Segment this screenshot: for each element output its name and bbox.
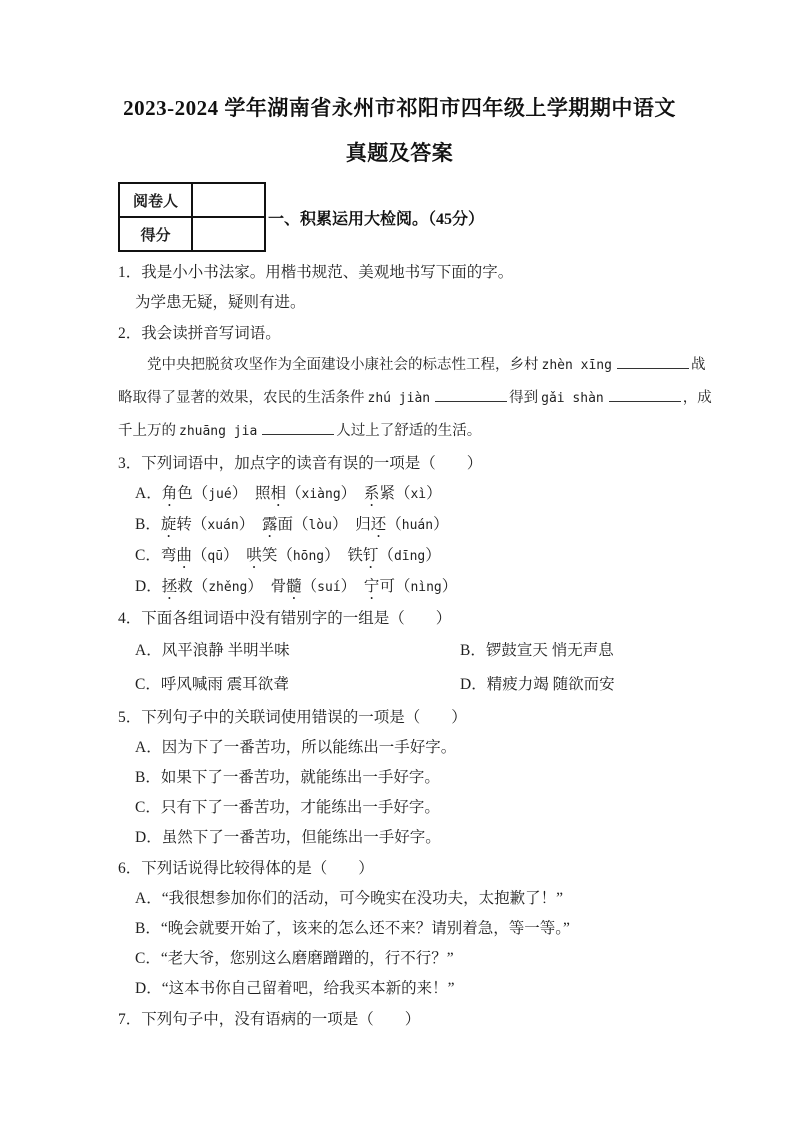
question-2-line-2: 略取得了显著的效果，农民的生活条件zhú jiàn得到gǎi shàn，成 <box>118 382 681 415</box>
emphasized-char: 相 <box>270 485 286 502</box>
question-2: 2．我会读拼音写词语。 党中央把脱贫攻坚作为全面建设小康社会的标志性工程，乡村z… <box>118 319 681 448</box>
score-table-value-grader <box>192 183 265 217</box>
text-segment: D． <box>135 578 162 595</box>
emphasized-char: 角 <box>162 485 178 502</box>
emphasized-char: 系 <box>364 485 380 502</box>
score-table-label-score: 得分 <box>119 217 192 251</box>
question-1-stem: 1．我是小小书法家。用楷书规范、美观地书写下面的字。 <box>118 258 681 288</box>
pinyin-text: qū <box>207 549 223 564</box>
text-segment: ） <box>425 547 441 564</box>
text-segment: （ <box>302 578 318 595</box>
question-4-option-b: B．锣鼓宣天 悄无声息 <box>460 634 681 668</box>
question-4-options: A．风平浪静 半明半味 B．锣鼓宣天 悄无声息 C．呼风喊雨 震耳欲聋 D．精疲… <box>118 634 681 702</box>
score-table-row-score: 得分 <box>119 217 265 251</box>
text-segment: （ <box>386 516 402 533</box>
pinyin-text: dīng <box>394 549 425 564</box>
question-4: 4．下面各组词语中没有错别字的一组是（ ） A．风平浪静 半明半味 B．锣鼓宣天… <box>118 604 681 702</box>
question-6-option-a: A．“我很想参加你们的活动，可今晚实在没功夫，太抱歉了！” <box>118 884 681 914</box>
emphasized-char: 露 <box>262 516 278 533</box>
question-7-stem: 7．下列句子中，没有语病的一项是（ ） <box>118 1005 681 1035</box>
question-3-option-c: C．弯曲（qū） 哄笑（hōng） 铁钉（dīng） <box>118 541 681 572</box>
section-heading: 一、积累运用大检阅。（45分） <box>268 206 484 229</box>
text-segment: 千上万的 <box>118 423 176 439</box>
fill-in-blank-line <box>609 388 681 402</box>
text-segment: ） <box>341 578 364 595</box>
question-4-option-d: D．精疲力竭 随欲而安 <box>460 668 681 702</box>
exam-paper-page: 2023-2024 学年湖南省永州市祁阳市四年级上学期期中语文 真题及答案 阅卷… <box>0 0 793 1122</box>
pinyin-text: nìng <box>410 580 441 595</box>
text-segment: 面（ <box>277 516 308 533</box>
question-2-line-3: 千上万的zhuāng jia人过上了舒适的生活。 <box>118 415 681 448</box>
text-segment: ） 骨 <box>247 578 286 595</box>
score-table-label-grader: 阅卷人 <box>119 183 192 217</box>
emphasized-char: 拯 <box>162 578 178 595</box>
question-4-option-c: C．呼风喊雨 震耳欲聋 <box>135 668 460 702</box>
pinyin-text: huán <box>402 518 433 533</box>
question-4-option-a: A．风平浪静 半明半味 <box>135 634 460 668</box>
pinyin-text: zhèn xīng <box>542 358 612 373</box>
pinyin-text: suí <box>317 580 340 595</box>
pinyin-text: xuán <box>207 518 238 533</box>
text-segment: ） <box>341 485 364 502</box>
question-1: 1．我是小小书法家。用楷书规范、美观地书写下面的字。 为学患无疑，疑则有进。 <box>118 258 681 318</box>
text-segment: 紧（ <box>379 485 410 502</box>
text-segment: 战 <box>691 357 706 373</box>
text-segment: ） 铁 <box>324 547 363 564</box>
text-segment: 笑（ <box>262 547 293 564</box>
text-segment: 党中央把脱贫攻坚作为全面建设小康社会的标志性工程，乡村 <box>147 357 539 373</box>
question-3-option-d: D．拯救（zhěng） 骨髓（suí） 宁可（nìng） <box>118 572 681 603</box>
title-line-1: 2023-2024 学年湖南省永州市祁阳市四年级上学期期中语文 <box>118 86 681 131</box>
text-segment: ） <box>426 485 442 502</box>
question-5-option-b: B．如果下了一番苦功，就能练出一手好字。 <box>118 763 681 793</box>
question-6: 6．下列话说得比较得体的是（ ） A．“我很想参加你们的活动，可今晚实在没功夫，… <box>118 854 681 1004</box>
fill-in-blank-line <box>262 421 334 435</box>
question-5-option-a: A．因为下了一番苦功，所以能练出一手好字。 <box>118 733 681 763</box>
question-1-copy-text: 为学患无疑，疑则有进。 <box>118 288 681 318</box>
text-segment: 略取得了显著的效果，农民的生活条件 <box>118 390 365 406</box>
pinyin-text: xì <box>410 487 426 502</box>
pinyin-text: xiàng <box>302 487 341 502</box>
text-segment: 转（ <box>176 516 207 533</box>
fill-in-blank-line <box>435 388 507 402</box>
text-segment: （ <box>192 547 208 564</box>
emphasized-char: 曲 <box>176 547 192 564</box>
text-segment: ） <box>239 516 262 533</box>
question-6-option-b: B．“晚会就要开始了，该来的怎么还不来？请别着急，等一等。” <box>118 914 681 944</box>
text-segment: ） <box>442 578 458 595</box>
question-3-stem: 3．下列词语中，加点字的读音有误的一项是（ ） <box>118 449 681 479</box>
emphasized-char: 髓 <box>286 578 302 595</box>
fill-in-blank-line <box>617 355 689 369</box>
question-2-line-1: 党中央把脱贫攻坚作为全面建设小康社会的标志性工程，乡村zhèn xīng战 <box>118 349 681 382</box>
title-line-2: 真题及答案 <box>118 131 681 176</box>
pinyin-text: lòu <box>308 518 331 533</box>
question-3-option-b: B．旋转（xuán） 露面（lòu） 归还（huán） <box>118 510 681 541</box>
text-segment: 色（ <box>177 485 208 502</box>
text-segment: （ <box>286 485 302 502</box>
text-segment: B． <box>135 516 161 533</box>
text-segment: ） <box>223 547 246 564</box>
score-table-value-score <box>192 217 265 251</box>
score-table-row-grader: 阅卷人 <box>119 183 265 217</box>
text-segment: C．弯 <box>135 547 176 564</box>
question-5: 5．下列句子中的关联词使用错误的一项是（ ） A．因为下了一番苦功，所以能练出一… <box>118 703 681 853</box>
question-3-option-a: A．角色（jué） 照相（xiàng） 系紧（xì） <box>118 479 681 510</box>
text-segment: 救（ <box>177 578 208 595</box>
question-5-option-c: C．只有下了一番苦功，才能练出一手好字。 <box>118 793 681 823</box>
text-segment: ） 归 <box>332 516 371 533</box>
question-3: 3．下列词语中，加点字的读音有误的一项是（ ） A．角色（jué） 照相（xià… <box>118 449 681 603</box>
question-2-paragraph: 党中央把脱贫攻坚作为全面建设小康社会的标志性工程，乡村zhèn xīng战 略取… <box>118 349 681 448</box>
score-table: 阅卷人 得分 <box>118 182 266 252</box>
pinyin-text: jué <box>208 487 231 502</box>
emphasized-char: 钉 <box>363 547 379 564</box>
text-segment: （ <box>378 547 394 564</box>
pinyin-text: zhěng <box>208 580 247 595</box>
emphasized-char: 哄 <box>246 547 262 564</box>
question-7: 7．下列句子中，没有语病的一项是（ ） <box>118 1005 681 1035</box>
question-6-option-d: D．“这本书你自己留着吧，给我买本新的来！” <box>118 974 681 1004</box>
question-6-stem: 6．下列话说得比较得体的是（ ） <box>118 854 681 884</box>
emphasized-char: 宁 <box>364 578 380 595</box>
pinyin-text: gǎi shàn <box>541 391 604 406</box>
text-segment: ，成 <box>683 390 712 406</box>
question-5-option-d: D．虽然下了一番苦功，但能练出一手好字。 <box>118 823 681 853</box>
question-6-option-c: C．“老大爷，您别这么磨磨蹭蹭的，行不行？” <box>118 944 681 974</box>
emphasized-char: 旋 <box>161 516 177 533</box>
text-segment: ） 照 <box>232 485 271 502</box>
score-table-row: 阅卷人 得分 一、积累运用大检阅。（45分） <box>118 182 681 252</box>
question-5-stem: 5．下列句子中的关联词使用错误的一项是（ ） <box>118 703 681 733</box>
pinyin-text: zhuāng jia <box>179 424 257 439</box>
emphasized-char: 还 <box>371 516 387 533</box>
page-title: 2023-2024 学年湖南省永州市祁阳市四年级上学期期中语文 真题及答案 <box>118 86 681 176</box>
text-segment: 可（ <box>379 578 410 595</box>
question-2-stem: 2．我会读拼音写词语。 <box>118 319 681 349</box>
question-4-stem: 4．下面各组词语中没有错别字的一组是（ ） <box>118 604 681 634</box>
pinyin-text: zhú jiàn <box>368 391 431 406</box>
pinyin-text: hōng <box>293 549 324 564</box>
text-segment: ） <box>433 516 449 533</box>
text-segment: 得到 <box>509 390 538 406</box>
text-segment: A． <box>135 485 162 502</box>
text-segment: 人过上了舒适的生活。 <box>336 423 481 439</box>
